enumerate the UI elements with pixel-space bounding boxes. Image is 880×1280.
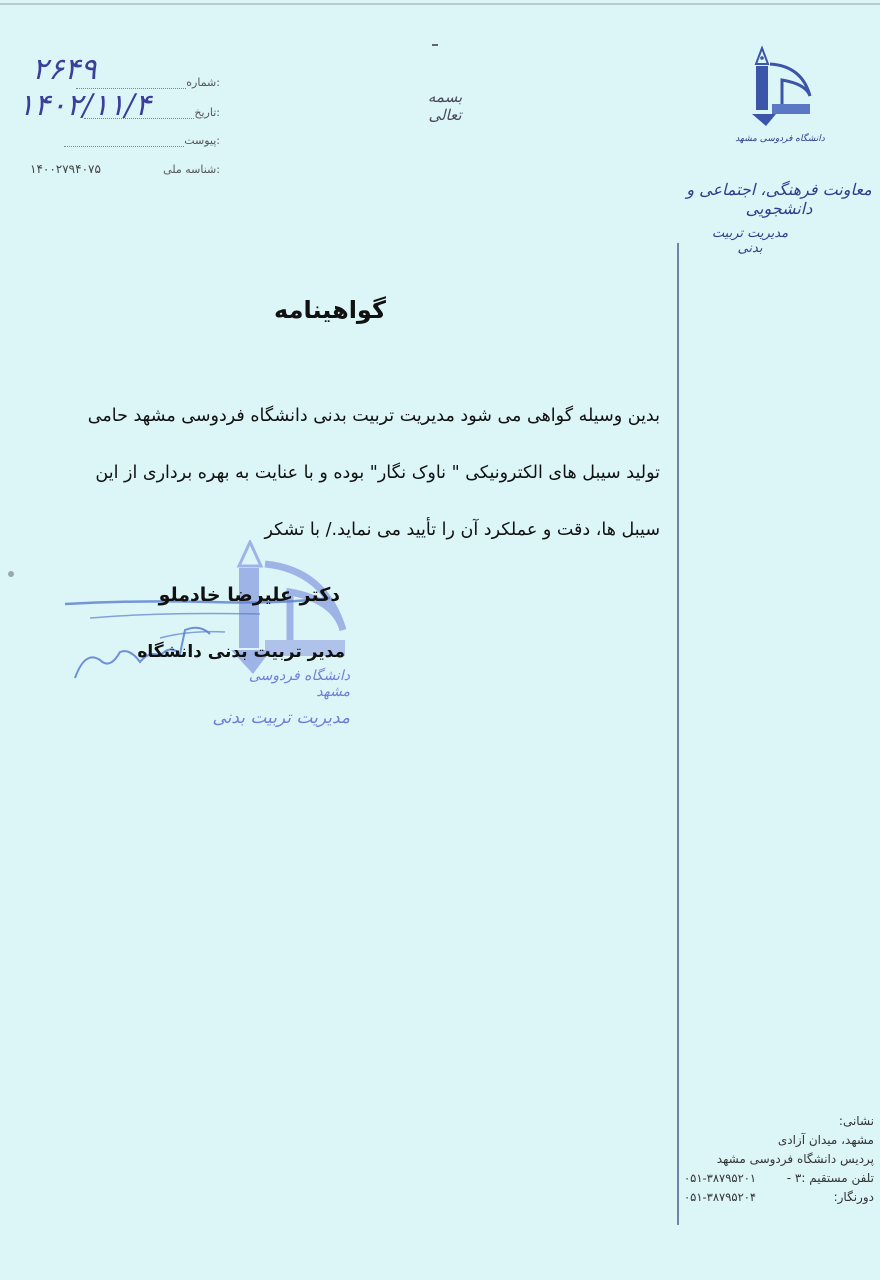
logo-caption: دانشگاه فردوسی مشهد bbox=[730, 134, 830, 144]
department-title: معاونت فرهنگی، اجتماعی و دانشجویی bbox=[684, 180, 874, 218]
body-line: بدین وسیله گواهی می شود مدیریت تربیت بدن… bbox=[190, 388, 660, 445]
stamp-department: مدیریت تربیت بدنی bbox=[195, 708, 350, 728]
certificate-body: بدین وسیله گواهی می شود مدیریت تربیت بدن… bbox=[190, 388, 660, 559]
footer-address: نشانی: مشهد، میدان آزادی پردیس دانشگاه ف… bbox=[684, 1112, 874, 1207]
national-id-label: شناسه ملی: bbox=[163, 163, 220, 176]
university-logo-icon bbox=[742, 46, 818, 128]
attachment-row: پیوست: bbox=[64, 134, 220, 147]
fax-value: ۰۵۱-۳۸۷۹۵۲۰۴ bbox=[684, 1188, 756, 1207]
attachment-label: پیوست: bbox=[184, 134, 220, 147]
date-label: تاریخ: bbox=[194, 106, 220, 119]
phone-value: ۰۵۱-۳۸۷۹۵۲۰۱ bbox=[684, 1169, 756, 1188]
address-label: نشانی: bbox=[684, 1112, 874, 1131]
phone-label: تلفن مستقیم :۳ - bbox=[787, 1169, 874, 1188]
page-top-edge bbox=[0, 3, 880, 5]
signatory-name: دکتر علیرضا خادملو bbox=[140, 584, 340, 606]
phone-row: تلفن مستقیم :۳ - ۰۵۱-۳۸۷۹۵۲۰۱ bbox=[684, 1169, 874, 1188]
handwritten-number: ۲۶۴۹ bbox=[32, 52, 96, 87]
fax-row: دورنگار: ۰۵۱-۳۸۷۹۵۲۰۴ bbox=[684, 1188, 874, 1207]
document-title: گواهینامه bbox=[250, 296, 410, 324]
handwritten-date: ۱۴۰۲/۱۱/۴ bbox=[18, 88, 151, 123]
vertical-divider bbox=[677, 243, 679, 1225]
address-campus: پردیس دانشگاه فردوسی مشهد bbox=[684, 1150, 874, 1169]
number-label: شماره: bbox=[186, 76, 220, 89]
attachment-dots bbox=[64, 145, 184, 147]
national-id-row: شناسه ملی: ۱۴۰۰۲۷۹۴۰۷۵ bbox=[30, 162, 220, 176]
body-line: تولید سیبل های الکترونیکی " ناوک نگار" ب… bbox=[190, 445, 660, 502]
fax-label: دورنگار: bbox=[834, 1188, 874, 1207]
address-city: مشهد، میدان آزادی bbox=[684, 1131, 874, 1150]
national-id-value: ۱۴۰۰۲۷۹۴۰۷۵ bbox=[30, 162, 101, 176]
top-mark bbox=[432, 44, 438, 46]
bismillah: بسمه تعالی bbox=[410, 88, 480, 124]
signatory-title: مدیر تربیت بدنی دانشگاه bbox=[110, 642, 345, 662]
scan-spot bbox=[8, 571, 14, 577]
department-subtitle: مدیریت تربیت بدنی bbox=[700, 226, 800, 256]
stamp-university: دانشگاه فردوسی مشهد bbox=[220, 668, 350, 700]
